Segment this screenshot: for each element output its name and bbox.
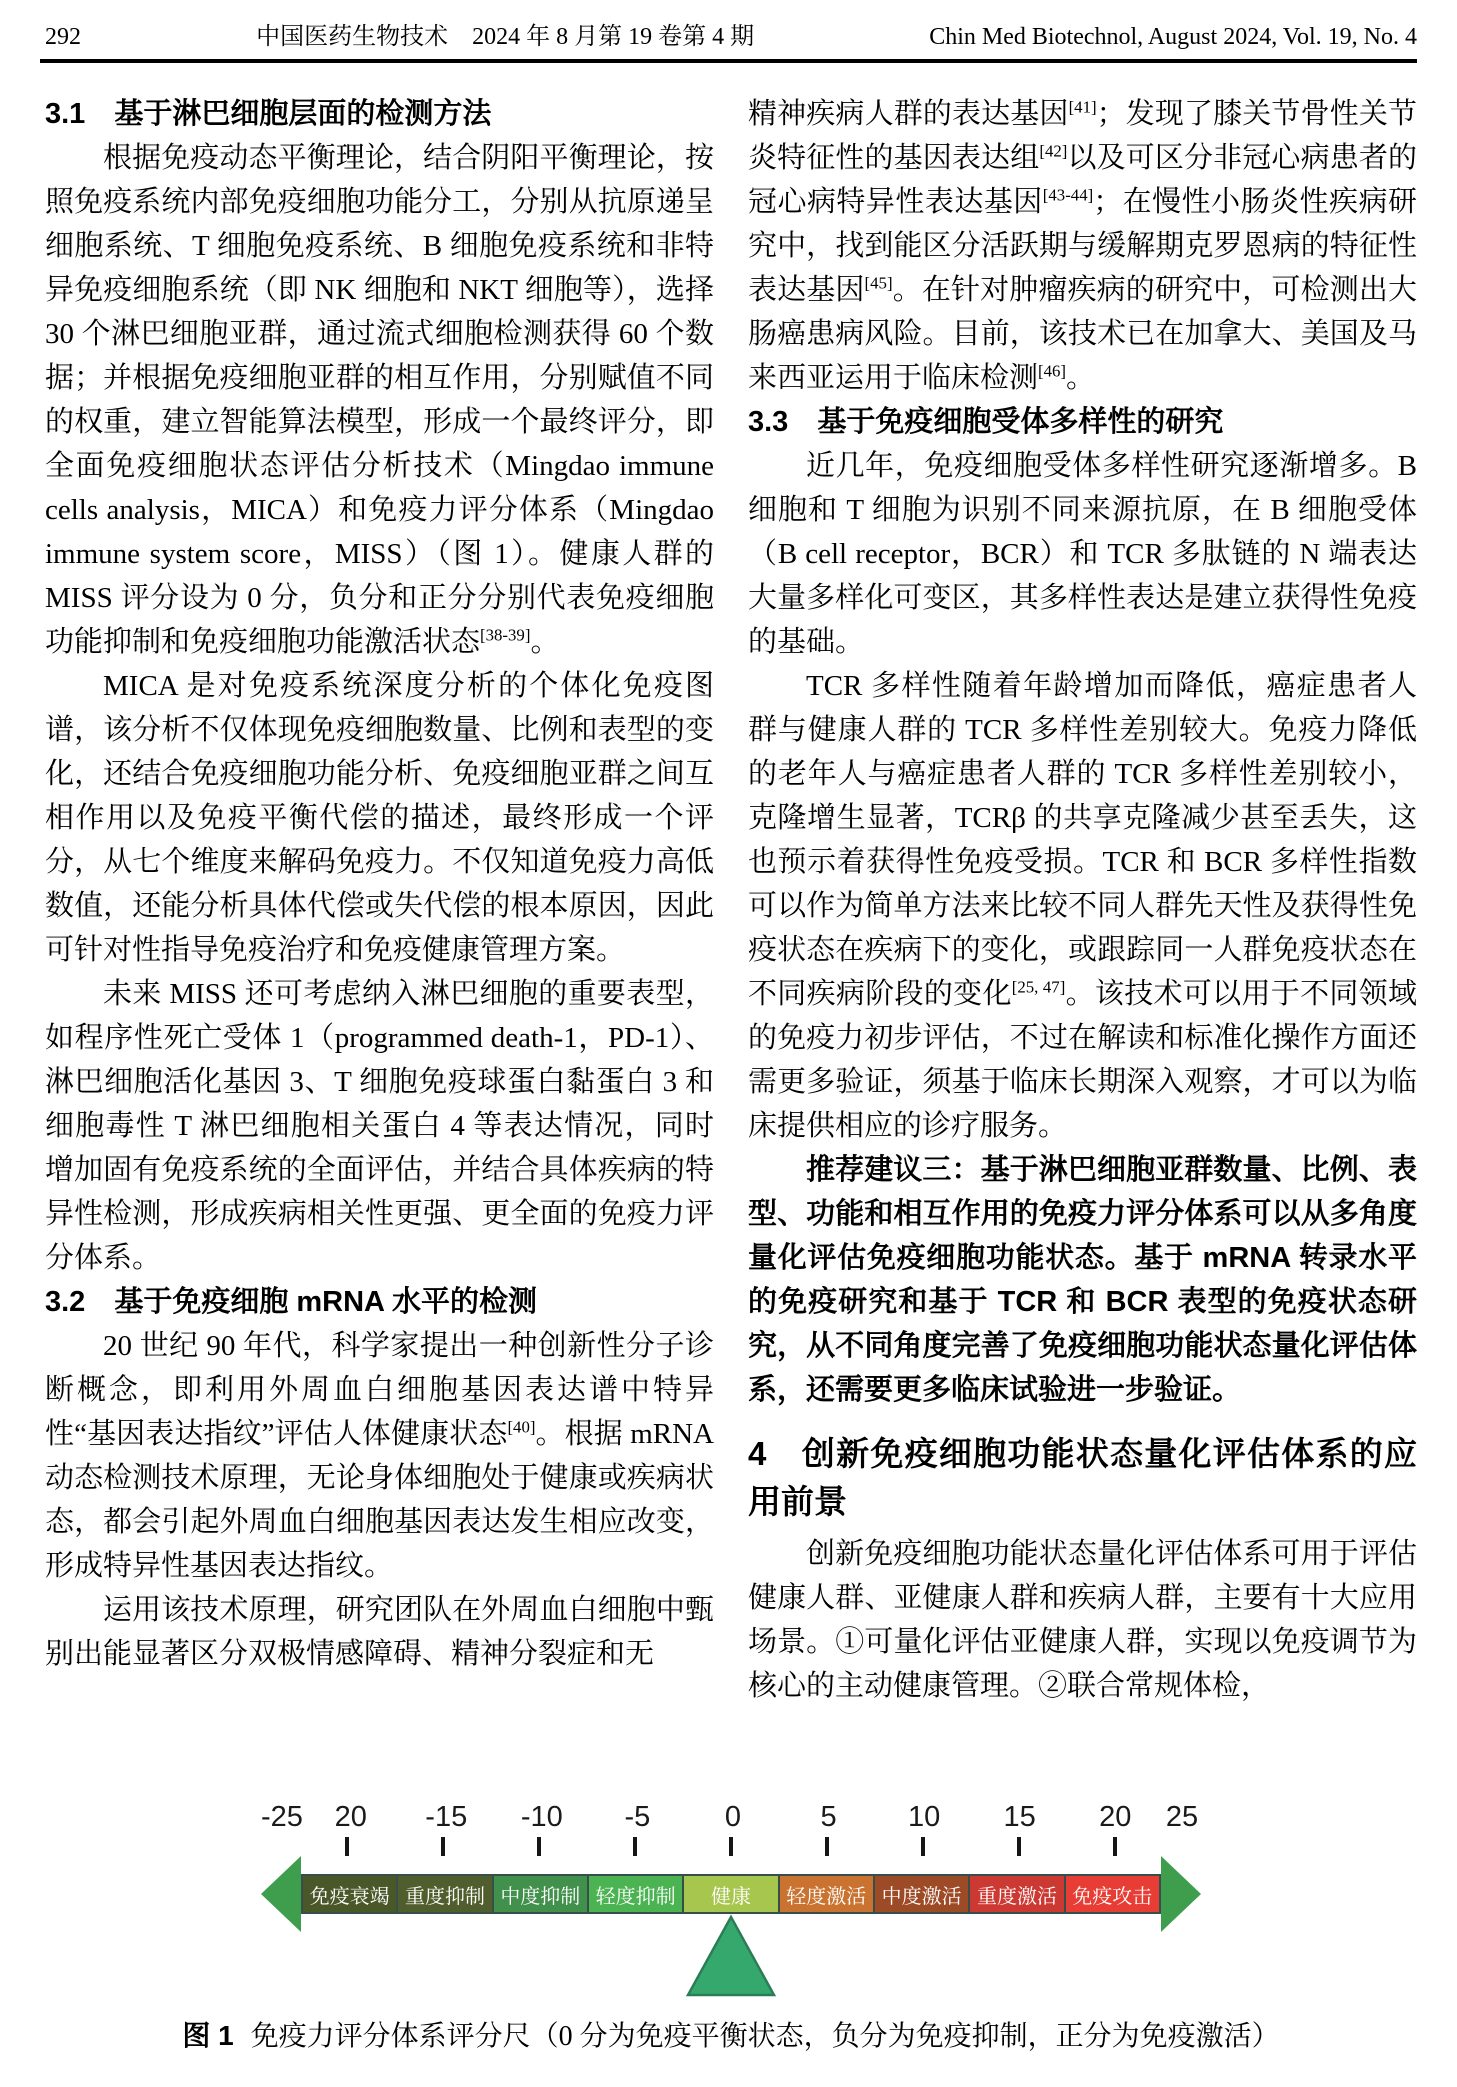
tick-mark — [345, 1837, 349, 1856]
text-run: 3.3 基于免疫细胞受体多样性的研究 — [748, 406, 1223, 438]
figure-caption: 图 1免疫力评分体系评分尺（0 分为免疫平衡状态，负分为免疫抑制，正分为免疫激活… — [45, 2014, 1417, 2054]
paragraph: 未来 MISS 还可考虑纳入淋巴细胞的重要表型，如程序性死亡受体 1（progr… — [45, 972, 714, 1280]
scale-axis-labels: -2520-15-10-50510152025 — [261, 1798, 1201, 1834]
paragraph: MICA 是对免疫系统深度分析的个体化免疫图谱，该分析不仅体现免疫细胞数量、比例… — [45, 664, 714, 972]
right-column: 精神疾病人群的表达基因[41]；发现了膝关节骨性关节炎特征性的基因表达组[42]… — [748, 92, 1417, 1708]
scale-segment: 免疫攻击 — [1064, 1876, 1159, 1912]
segment-label: 重度抑制 — [405, 1880, 485, 1909]
journal-title-cn: 中国医药生物技术 2024 年 8 月第 19 卷第 4 期 — [256, 16, 754, 51]
tick-cell — [971, 1834, 1067, 1856]
tick-mark — [441, 1837, 445, 1856]
tick-cell — [683, 1834, 779, 1856]
paragraph: 近几年，免疫细胞受体多样性研究逐渐增多。B 细胞和 T 细胞为识别不同来源抗原，… — [748, 444, 1417, 664]
citation-superscript: [46] — [1038, 361, 1066, 380]
tick-mark — [825, 1837, 829, 1856]
axis-label: 0 — [685, 1798, 781, 1834]
segment-label: 中度抑制 — [500, 1880, 580, 1909]
axis-label: 5 — [781, 1798, 877, 1834]
header-divider — [40, 59, 1417, 63]
text-run: 精神疾病人群的表达基因 — [748, 98, 1069, 130]
scale-segments: 免疫衰竭重度抑制中度抑制轻度抑制健康轻度激活中度激活重度激活免疫攻击 — [301, 1874, 1161, 1914]
scale-segment: 中度激活 — [873, 1876, 968, 1912]
paragraph: 运用该技术原理，研究团队在外周血白细胞中甄别出能显著区分双极情感障碍、精神分裂症… — [45, 1588, 714, 1676]
axis-label: 25 — [1163, 1798, 1201, 1834]
tick-cell — [299, 1834, 395, 1856]
text-run: 3.1 基于淋巴细胞层面的检测方法 — [45, 98, 491, 130]
tick-cell — [779, 1834, 875, 1856]
tick-mark — [729, 1837, 733, 1856]
tick-mark — [633, 1837, 637, 1856]
paragraph: TCR 多样性随着年龄增加而降低，癌症患者人群与健康人群的 TCR 多样性差别较… — [748, 664, 1417, 1148]
tick-spacer — [1163, 1834, 1201, 1856]
journal-page: 292 中国医药生物技术 2024 年 8 月第 19 卷第 4 期 Chin … — [0, 0, 1457, 2087]
paragraph: 精神疾病人群的表达基因[41]；发现了膝关节骨性关节炎特征性的基因表达组[42]… — [748, 92, 1417, 400]
article-body: 3.1 基于淋巴细胞层面的检测方法根据免疫动态平衡理论，结合阴阳平衡理论，按照免… — [45, 92, 1417, 1708]
paragraph: 创新免疫细胞功能状态量化评估体系可用于评估健康人群、亚健康人群和疾病人群，主要有… — [748, 1532, 1417, 1708]
axis-label: 20 — [1067, 1798, 1163, 1834]
scale-segment: 中度抑制 — [492, 1876, 587, 1912]
tick-mark — [537, 1837, 541, 1856]
text-run: 4 创新免疫细胞功能状态量化评估体系的应用前景 — [748, 1435, 1417, 1520]
tick-spacer — [261, 1834, 299, 1856]
page-number: 292 — [45, 24, 81, 51]
segment-label: 轻度抑制 — [596, 1880, 676, 1909]
figure: -2520-15-10-50510152025 免疫衰竭重度抑制中度抑制轻度抑制… — [45, 1798, 1417, 2054]
segment-label: 中度激活 — [882, 1880, 962, 1909]
text-run: 创新免疫细胞功能状态量化评估体系可用于评估健康人群、亚健康人群和疾病人群，主要有… — [748, 1538, 1417, 1702]
axis-label: 20 — [303, 1798, 399, 1834]
section-heading: 4 创新免疫细胞功能状态量化评估体系的应用前景 — [748, 1430, 1417, 1526]
citation-superscript: [38-39] — [480, 625, 530, 644]
paragraph: 推荐建议三：基于淋巴细胞亚群数量、比例、表型、功能和相互作用的免疫力评分体系可以… — [748, 1148, 1417, 1412]
paragraph: 20 世纪 90 年代，科学家提出一种创新性分子诊断概念，即利用外周血白细胞基因… — [45, 1324, 714, 1588]
axis-label: -25 — [261, 1798, 303, 1834]
text-run: 。 — [530, 626, 559, 658]
figure-caption-text: 免疫力评分体系评分尺（0 分为免疫平衡状态，负分为免疫抑制，正分为免疫激活） — [251, 2021, 1280, 2052]
citation-superscript: [25, 47] — [1012, 977, 1066, 996]
tick-cell — [395, 1834, 491, 1856]
text-run: 推荐建议三：基于淋巴细胞亚群数量、比例、表型、功能和相互作用的免疫力评分体系可以… — [748, 1154, 1417, 1406]
scale-segment: 重度激活 — [968, 1876, 1063, 1912]
segment-label: 免疫攻击 — [1072, 1880, 1152, 1909]
citation-superscript: [41] — [1069, 97, 1097, 116]
tick-mark — [1017, 1837, 1021, 1856]
figure-caption-label: 图 1 — [182, 2020, 233, 2051]
text-run: 运用该技术原理，研究团队在外周血白细胞中甄别出能显著区分双极情感障碍、精神分裂症… — [45, 1594, 714, 1670]
left-arrow-icon — [261, 1856, 301, 1932]
tick-cell — [491, 1834, 587, 1856]
tick-mark — [1113, 1837, 1117, 1856]
axis-label: -15 — [398, 1798, 494, 1834]
text-run: 3.2 基于免疫细胞 mRNA 水平的检测 — [45, 1286, 537, 1318]
citation-superscript: [43-44] — [1043, 185, 1093, 204]
scale-segment: 轻度激活 — [778, 1876, 873, 1912]
score-scale-diagram: -2520-15-10-50510152025 免疫衰竭重度抑制中度抑制轻度抑制… — [261, 1798, 1201, 1998]
section-heading: 3.3 基于免疫细胞受体多样性的研究 — [748, 400, 1417, 444]
tick-mark — [921, 1837, 925, 1856]
axis-label: 15 — [972, 1798, 1068, 1834]
balance-pointer — [261, 1914, 1201, 1998]
axis-label: -5 — [590, 1798, 686, 1834]
citation-superscript: [42] — [1039, 141, 1067, 160]
text-run: MICA 是对免疫系统深度分析的个体化免疫图谱，该分析不仅体现免疫细胞数量、比例… — [45, 670, 714, 966]
segment-label: 健康 — [711, 1880, 751, 1909]
citation-superscript: [40] — [507, 1417, 535, 1436]
text-run: 未来 MISS 还可考虑纳入淋巴细胞的重要表型，如程序性死亡受体 1（progr… — [45, 978, 714, 1274]
segment-label: 轻度激活 — [786, 1880, 866, 1909]
segment-label: 免疫衰竭 — [310, 1880, 390, 1909]
section-heading: 3.1 基于淋巴细胞层面的检测方法 — [45, 92, 714, 136]
axis-label: 10 — [876, 1798, 972, 1834]
tick-cell — [1067, 1834, 1163, 1856]
tick-cell — [587, 1834, 683, 1856]
scale-ticks — [261, 1834, 1201, 1856]
page-header: 292 中国医药生物技术 2024 年 8 月第 19 卷第 4 期 Chin … — [45, 16, 1417, 51]
scale-segment: 重度抑制 — [396, 1876, 491, 1912]
right-arrow-icon — [1161, 1856, 1201, 1932]
left-column: 3.1 基于淋巴细胞层面的检测方法根据免疫动态平衡理论，结合阴阳平衡理论，按照免… — [45, 92, 714, 1708]
paragraph: 根据免疫动态平衡理论，结合阴阳平衡理论，按照免疫系统内部免疫细胞功能分工，分别从… — [45, 136, 714, 664]
section-heading: 3.2 基于免疫细胞 mRNA 水平的检测 — [45, 1280, 714, 1324]
scale-segment: 健康 — [682, 1876, 777, 1912]
text-run: 根据免疫动态平衡理论，结合阴阳平衡理论，按照免疫系统内部免疫细胞功能分工，分别从… — [45, 142, 714, 658]
balance-pointer-icon — [685, 1914, 777, 1998]
text-run: TCR 多样性随着年龄增加而降低，癌症患者人群与健康人群的 TCR 多样性差别较… — [748, 670, 1417, 1010]
axis-label: -10 — [494, 1798, 590, 1834]
text-run: 近几年，免疫细胞受体多样性研究逐渐增多。B 细胞和 T 细胞为识别不同来源抗原，… — [748, 450, 1417, 658]
scale-segment: 免疫衰竭 — [303, 1876, 396, 1912]
text-run: 。 — [1066, 362, 1095, 394]
journal-title-en: Chin Med Biotechnol, August 2024, Vol. 1… — [929, 24, 1417, 51]
tick-cell — [875, 1834, 971, 1856]
scale-segment: 轻度抑制 — [587, 1876, 682, 1912]
segment-label: 重度激活 — [977, 1880, 1057, 1909]
citation-superscript: [45] — [865, 273, 893, 292]
